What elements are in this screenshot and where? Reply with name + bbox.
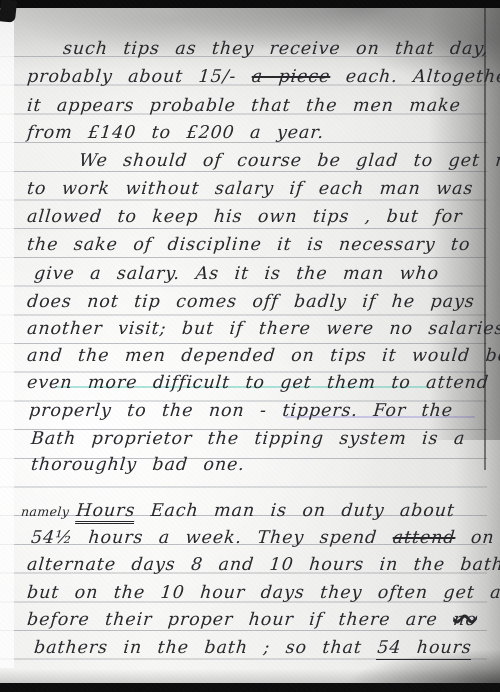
manuscript-line: and the men depended on tips it would be [26,344,500,368]
line-text: 54½ hours a week. They spend [30,528,378,548]
manuscript-line: give a salary. As it is the man who [33,262,440,286]
manuscript-line: allowed to keep his own tips , but for [26,205,463,229]
struck-text: a piece [251,67,331,87]
manuscript-line: properly to the non - tippers. For the [28,399,454,423]
left-page-highlight [0,8,14,668]
scan-border-corner [0,0,17,23]
manuscript-line: We should of course be glad to get men [78,149,500,173]
line-text: Each man is on duty about [150,501,456,521]
manuscript-line: the sake of discipline it is necessary t… [26,233,471,257]
manuscript-line: probably about 15/- a piece each. Altoge… [26,65,500,89]
bottom-scan-shadow [0,669,500,683]
manuscript-line: but on the 10 hour days they often get a… [26,581,500,605]
line-text: on [470,528,495,548]
line-text: bathers in the bath ; so that [33,638,363,658]
scanned-manuscript-page: such tips as they receive on that day, p… [0,0,500,692]
struck-text: attend [392,528,456,548]
scan-border-top [0,0,500,8]
manuscript-line: 54½ hours a week. They spend attend on [30,526,496,550]
manuscript-line: from £140 to £200 a year. [26,121,325,145]
margin-insertion-text: namely [20,504,70,519]
scan-border-bottom [0,683,500,692]
underlined-text: 54 hours [376,638,472,660]
line-text: each. Altogether [345,67,500,87]
manuscript-line: such tips as they receive on that day, [62,37,489,61]
scribbled-out-text: no [452,610,477,630]
manuscript-line: alternate days 8 and 10 hours in the bat… [26,553,500,577]
manuscript-line: bathers in the bath ; so that 54 hours [33,636,473,660]
underlined-heading-text: Hours [75,501,136,524]
manuscript-line: namelyHours Each man is on duty about [20,499,456,524]
manuscript-line: another visit; but if there were no sala… [26,317,500,341]
line-text: probably about 15/- [26,67,237,87]
manuscript-line: before their proper hour if there are no [26,608,478,632]
manuscript-line: does not tip comes off badly if he pays [26,290,476,314]
manuscript-line: it appears probable that the men make [26,94,462,118]
manuscript-line: thoroughly bad one. [30,453,246,477]
manuscript-line: even more difficult to get them to atten… [26,371,490,395]
manuscript-line: to work without salary if each man was [26,177,474,201]
manuscript-line: Bath proprietor the tipping system is a [30,427,466,451]
line-text: before their proper hour if there are [26,610,438,630]
